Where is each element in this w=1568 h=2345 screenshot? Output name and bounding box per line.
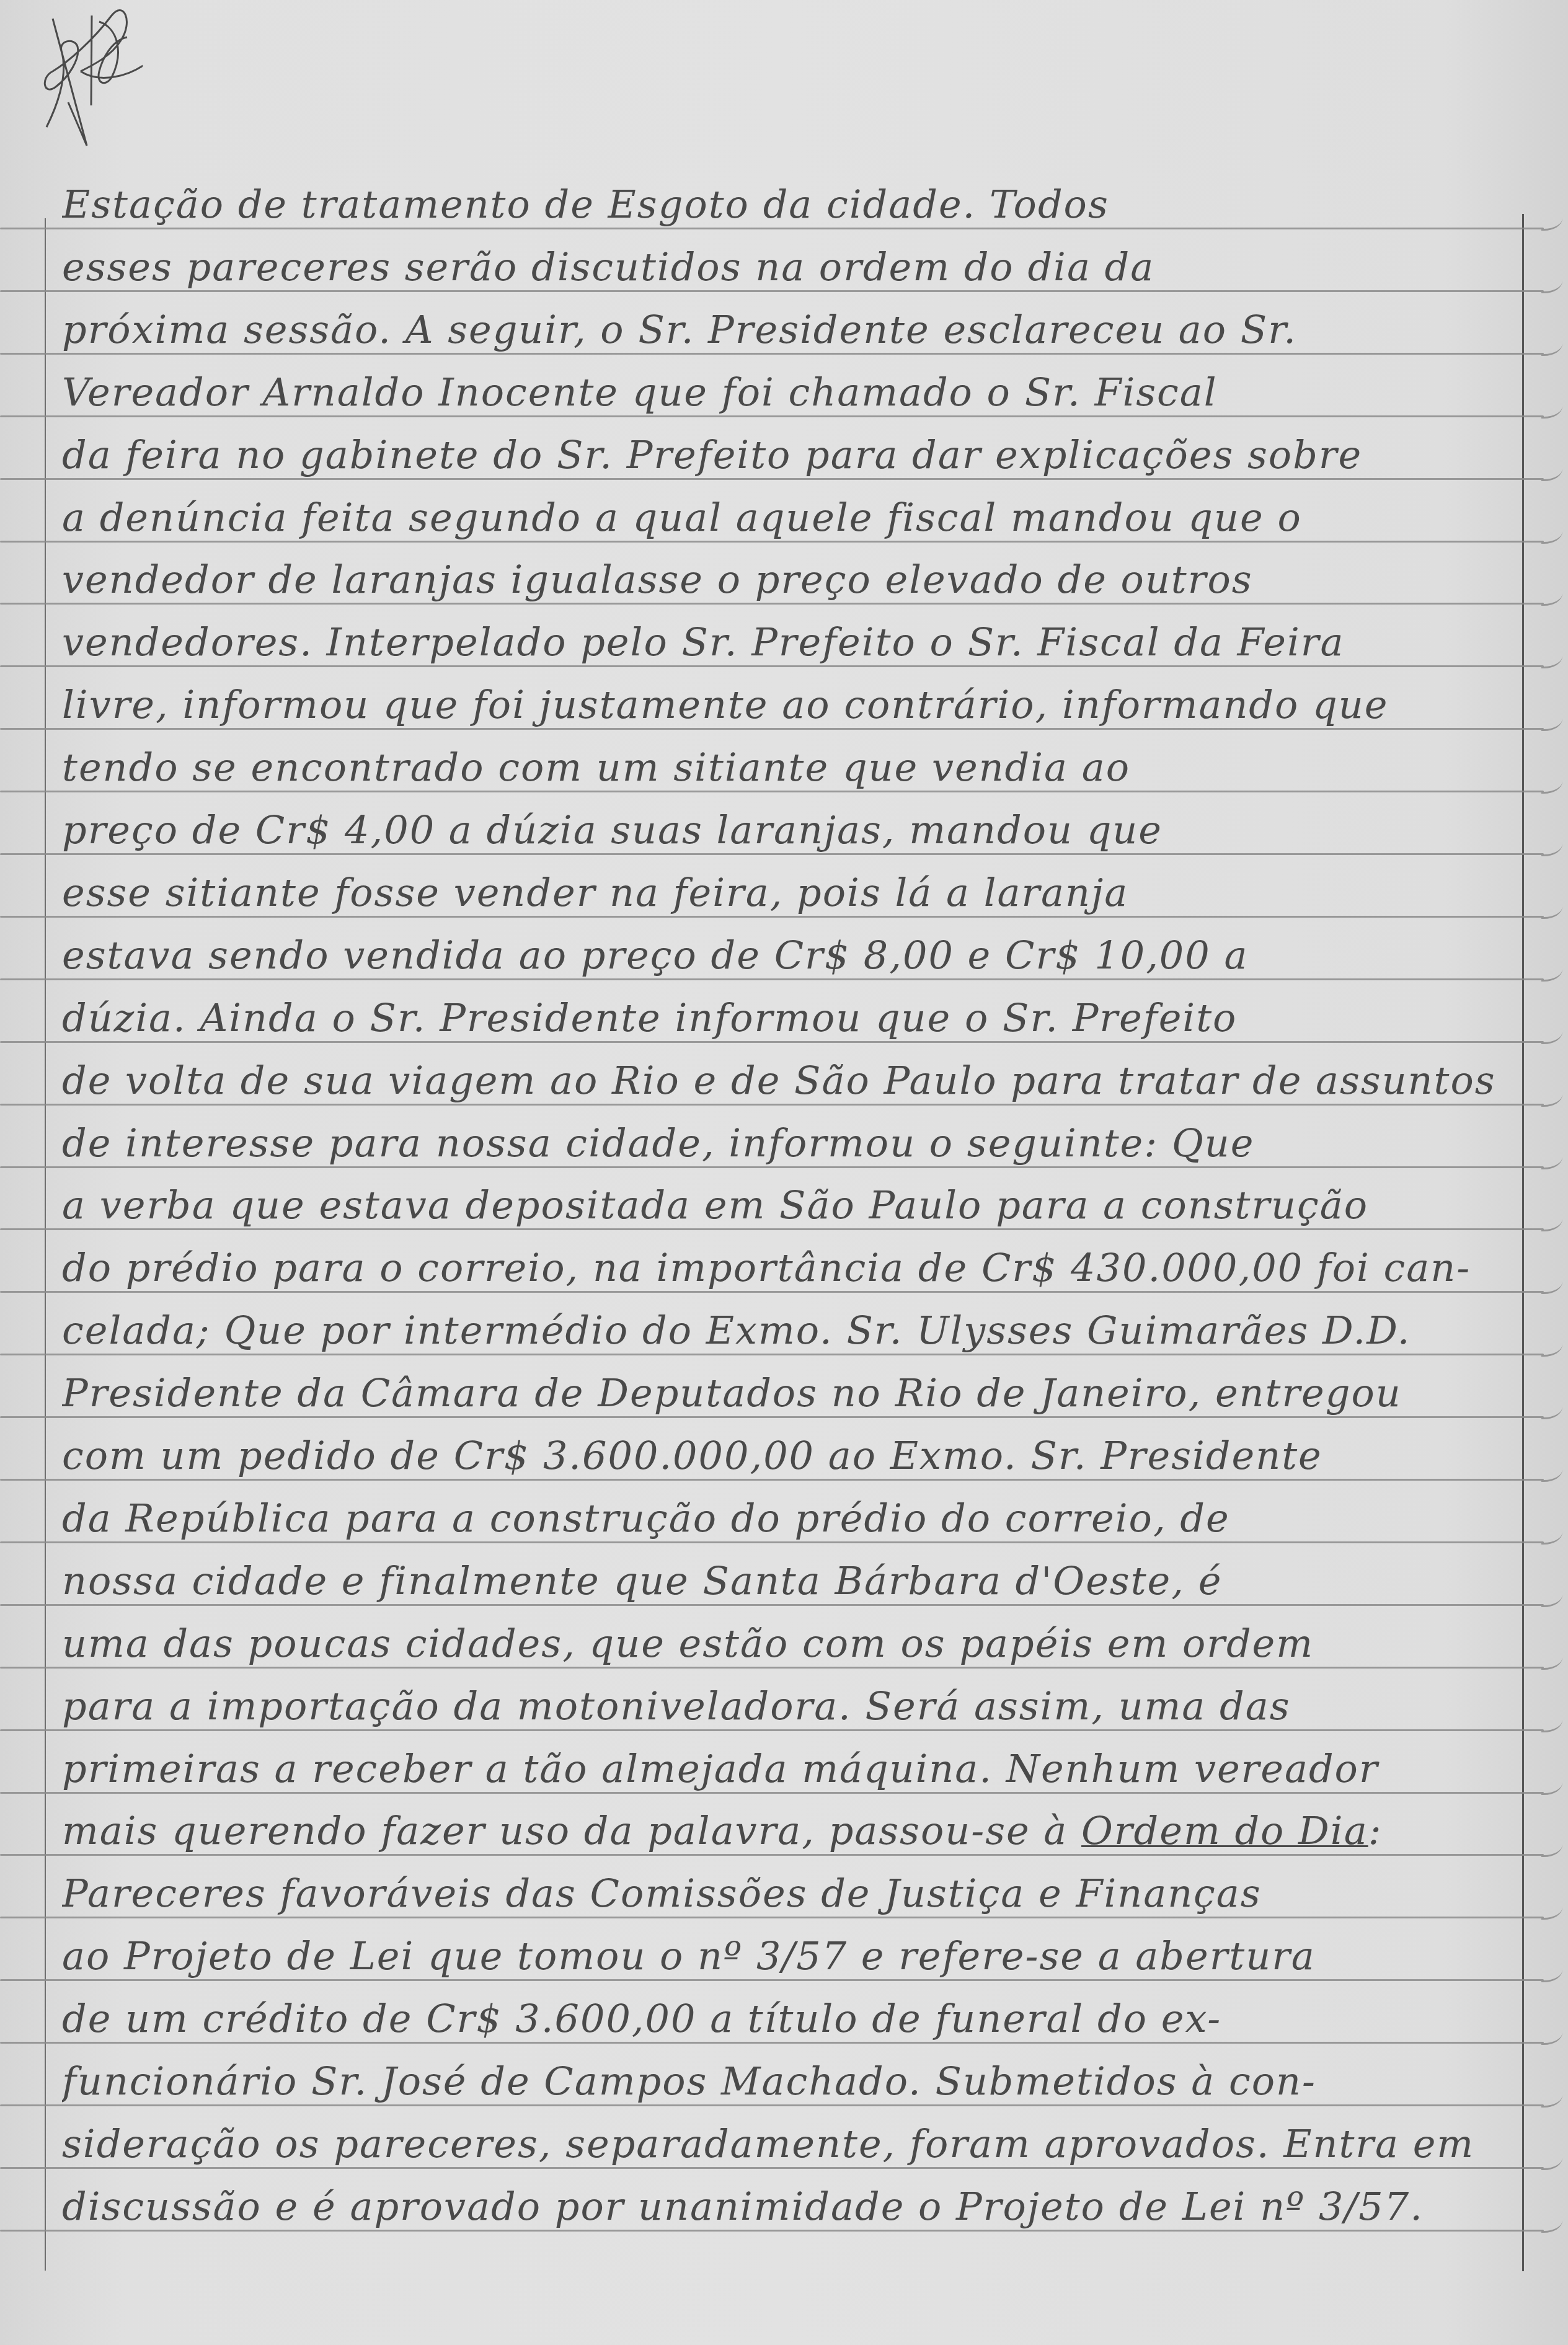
handwritten-line: celada; Que por intermédio do Exmo. Sr. … [62, 1303, 1507, 1359]
handwritten-line: Estação de tratamento de Esgoto da cidad… [62, 177, 1507, 233]
handwritten-line: discussão e é aprovado por unanimidade o… [62, 2179, 1507, 2235]
handwritten-line: com um pedido de Cr$ 3.600.000,00 ao Exm… [62, 1428, 1507, 1484]
handwritten-line: Presidente da Câmara de Deputados no Rio… [62, 1365, 1507, 1421]
handwritten-line: de volta de sua viagem ao Rio e de São P… [62, 1053, 1507, 1109]
handwritten-line: para a importação da motoniveladora. Ser… [62, 1678, 1507, 1734]
ledger-page: Estação de tratamento de Esgoto da cidad… [0, 0, 1568, 2345]
handwritten-line: dúzia. Ainda o Sr. Presidente informou q… [62, 990, 1507, 1046]
handwritten-line: Vereador Arnaldo Inocente que foi chamad… [62, 365, 1507, 420]
handwritten-line: mais querendo fazer uso da palavra, pass… [62, 1803, 1507, 1859]
handwritten-line: de um crédito de Cr$ 3.600,00 a título d… [62, 1991, 1507, 2047]
handwritten-line: funcionário Sr. José de Campos Machado. … [62, 2054, 1507, 2109]
handwritten-line: preço de Cr$ 4,00 a dúzia suas laranjas,… [62, 802, 1507, 858]
handwritten-line: esses pareceres serão discutidos na orde… [62, 239, 1507, 295]
left-margin-line [45, 218, 46, 2271]
handwritten-line: próxima sessão. A seguir, o Sr. Presiden… [62, 302, 1507, 358]
handwritten-line: sideração os pareceres, separadamente, f… [62, 2116, 1507, 2172]
handwritten-line: uma das poucas cidades, que estão com os… [62, 1616, 1507, 1672]
underlined-phrase: Ordem do Dia [1081, 1808, 1368, 1853]
handwritten-line: a verba que estava depositada em São Pau… [62, 1177, 1507, 1233]
handwritten-line: ao Projeto de Lei que tomou o nº 3/57 e … [62, 1928, 1507, 1984]
handwritten-line: de interesse para nossa cidade, informou… [62, 1115, 1507, 1171]
handwritten-line: Pareceres favoráveis das Comissões de Ju… [62, 1866, 1507, 1922]
right-margin-line [1522, 214, 1524, 2271]
handwritten-line: primeiras a receber a tão almejada máqui… [62, 1741, 1507, 1797]
handwritten-line: do prédio para o correio, na importância… [62, 1240, 1507, 1296]
handwritten-line: esse sitiante fosse vender na feira, poi… [62, 865, 1507, 921]
handwritten-line: estava sendo vendida ao preço de Cr$ 8,0… [62, 928, 1507, 983]
handwritten-line: vendedores. Interpelado pelo Sr. Prefeit… [62, 614, 1507, 670]
handwritten-line: tendo se encontrado com um sitiante que … [62, 740, 1507, 796]
handwritten-line: vendedor de laranjas igualasse o preço e… [62, 552, 1507, 608]
handwritten-line: da República para a construção do prédio… [62, 1491, 1507, 1546]
handwritten-line: nossa cidade e finalmente que Santa Bárb… [62, 1553, 1507, 1609]
handwritten-line: da feira no gabinete do Sr. Prefeito par… [62, 427, 1507, 483]
handwritten-line: a denúncia feita segundo a qual aquele f… [62, 490, 1507, 546]
signature-initials-icon [19, 3, 143, 149]
handwritten-line: livre, informou que foi justamente ao co… [62, 677, 1507, 733]
